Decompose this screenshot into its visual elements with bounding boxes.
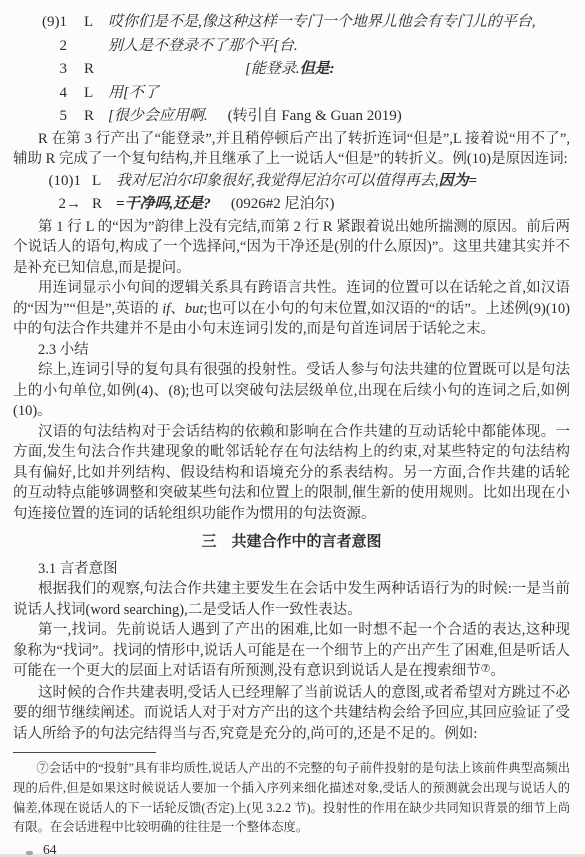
speaker-label: R xyxy=(84,105,108,129)
utterance-bold: 但是: xyxy=(300,61,335,77)
transcript-line: 3 R [能登录.但是: xyxy=(13,58,570,82)
example-10-transcript: (10)1 L 我对尼泊尔印象很好,我觉得尼泊尔可以值得再去,因为= 2→ R … xyxy=(13,170,570,217)
utterance-text: [能登录.但是: xyxy=(108,58,335,82)
paragraph: 第 1 行 L 的“因为”韵律上没有完结,而第 2 行 R 紧跟着说出她所揣测的… xyxy=(13,217,570,279)
section-heading-3: 三 共建合作中的言者意图 xyxy=(13,532,570,553)
footnote-text: ⑦会话中的“投射”具有非均质性,说话人产出的不完整的句子前件投射的是句法上该前件… xyxy=(13,759,570,838)
utterance-text: [很少会应用啊. xyxy=(108,105,208,129)
speaker-label: L xyxy=(84,82,108,106)
paragraph: 第一,找词。先前说话人遇到了产出的困难,比如一时想不起一个合适的表达,这种现象称… xyxy=(13,620,570,683)
scan-smudge-artifact xyxy=(26,851,33,855)
transcript-line: (9)1 L 哎你们是不是,像这种这样一专门一个地界儿他会有专门儿的平台, xyxy=(13,11,570,35)
paragraph: 用连词显示小句间的逻辑关系具有跨语言共性。连词的位置可以在话轮之首,如汉语的“因… xyxy=(13,278,570,340)
latin-term-but: but xyxy=(185,301,204,317)
utterance-plain: [能登录. xyxy=(245,61,300,77)
speaker-label: R xyxy=(92,193,116,217)
transcript-line: 4 L 用[不了 xyxy=(13,82,570,106)
line-label: (9)1 xyxy=(13,11,67,35)
transcript-line: 5 R [很少会应用啊. (转引自 Fang & Guan 2019) xyxy=(13,105,570,129)
paragraph: R 在第 3 行产出了“能登录”,并且稍停顿后产出了转折连词“但是”,L 接着说… xyxy=(13,129,570,170)
subsection-heading-2-3: 2.3 小结 xyxy=(13,340,570,361)
transcript-line: 2 别人是不登录不了那个平[台. xyxy=(13,35,570,59)
example-9-transcript: (9)1 L 哎你们是不是,像这种这样一专门一个地界儿他会有专门儿的平台, 2 … xyxy=(13,11,570,129)
paragraph: 根据我们的观察,句法合作共建主要发生在会话中发生两种话语行为的时候:一是当前说话… xyxy=(13,579,570,620)
utterance-text: 别人是不登录不了那个平[台. xyxy=(108,35,298,59)
separator: 、 xyxy=(170,301,185,317)
paragraph: 这时候的合作共建表明,受话人已经理解了当前说话人的意图,或者希望对方跳过不必要的… xyxy=(13,683,570,745)
line-label: 3 xyxy=(13,58,67,82)
speaker-label: R xyxy=(84,58,108,82)
page-content: (9)1 L 哎你们是不是,像这种这样一专门一个地界儿他会有专门儿的平台, 2 … xyxy=(0,0,585,857)
subsection-heading-3-1: 3.1 言者意图 xyxy=(13,559,570,580)
paragraph-text: 。 xyxy=(491,663,506,679)
document-page: (9)1 L 哎你们是不是,像这种这样一专门一个地界儿他会有专门儿的平台, 2 … xyxy=(0,0,585,857)
utterance-text: 哎你们是不是,像这种这样一专门一个地界儿他会有专门儿的平台, xyxy=(108,11,536,35)
example-citation: (0926#2 尼泊尔) xyxy=(231,193,335,217)
line-label: (10)1 xyxy=(13,170,81,194)
line-label: 2 xyxy=(13,35,67,59)
utterance-text: 用[不了 xyxy=(108,82,159,106)
footnote-divider xyxy=(13,752,156,753)
transcript-line: (10)1 L 我对尼泊尔印象很好,我觉得尼泊尔可以值得再去,因为= xyxy=(13,170,570,194)
utterance-bold: =干净吗,还是? xyxy=(116,196,211,212)
footnote-marker-7: ⑦ xyxy=(481,663,491,675)
utterance-text: =干净吗,还是? xyxy=(116,193,211,217)
paragraph: 汉语的句法结构对于会话结构的依赖和影响在合作共建的互动话轮中都能体现。一方面,发… xyxy=(13,422,570,525)
utterance-text: 我对尼泊尔印象很好,我觉得尼泊尔可以值得再去,因为= xyxy=(116,170,477,194)
transcript-line: 2→ R =干净吗,还是? (0926#2 尼泊尔) xyxy=(13,193,570,217)
utterance-bold: 因为= xyxy=(439,173,478,189)
utterance-plain: 我对尼泊尔印象很好,我觉得尼泊尔可以值得再去, xyxy=(116,173,439,189)
paragraph: 综上,连词引导的复句具有很强的投射性。受话人参与句法共建的位置既可以是句法上的小… xyxy=(13,360,570,422)
example-citation: (转引自 Fang & Guan 2019) xyxy=(228,105,402,129)
line-label: 4 xyxy=(13,82,67,106)
speaker-label: L xyxy=(92,170,116,194)
speaker-label: L xyxy=(84,11,108,35)
line-label: 5 xyxy=(13,105,67,129)
line-label: 2→ xyxy=(13,193,81,217)
